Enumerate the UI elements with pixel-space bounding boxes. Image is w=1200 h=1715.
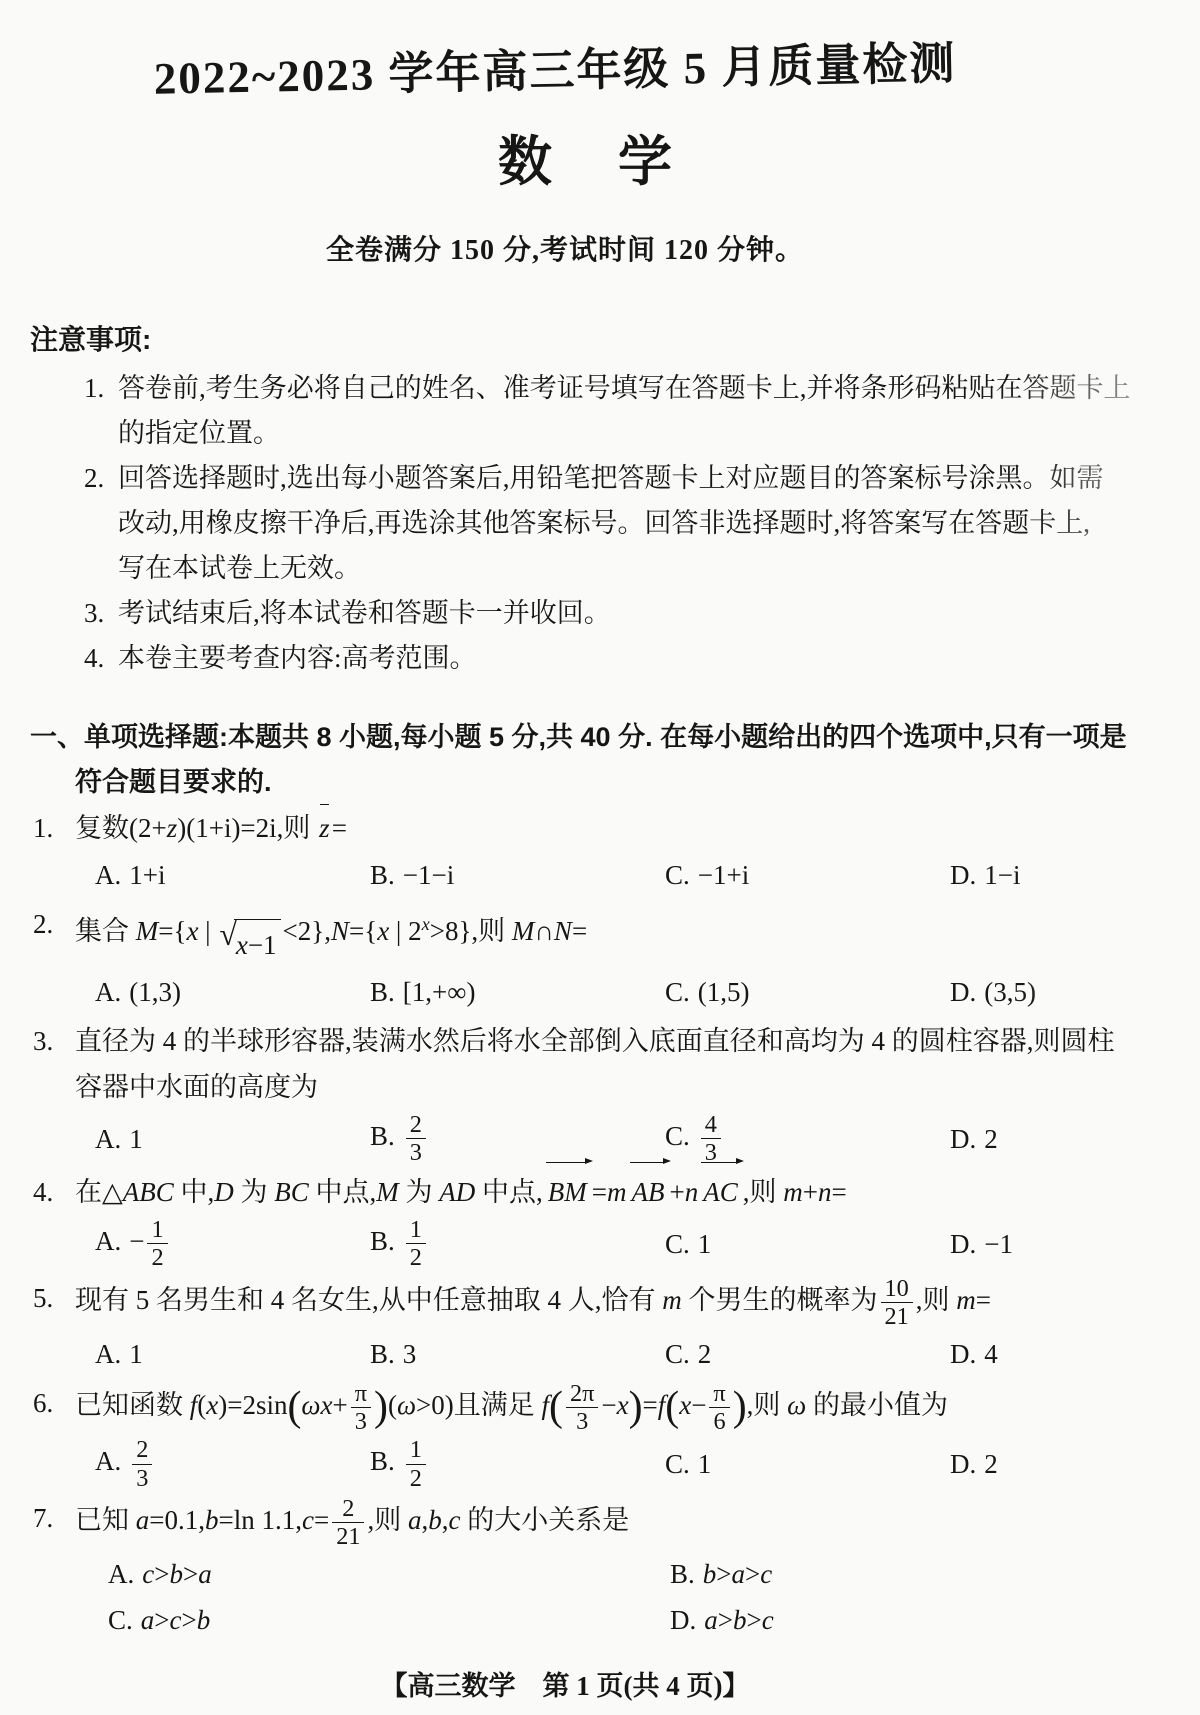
option-cell: A.1 <box>95 1331 370 1377</box>
math-text: −1−i <box>403 860 454 890</box>
math-text: ,则 <box>916 1285 957 1315</box>
fraction-numerator: 1 <box>147 1216 167 1243</box>
notice-item: 4.本卷主要考查内容:高考范围。 <box>0 636 1200 681</box>
option-value: a>b>c <box>704 1605 773 1635</box>
math-text: 的大小关系是 <box>460 1505 629 1535</box>
math-fraction: π3 <box>351 1380 371 1435</box>
option-cell: B.23 <box>370 1111 665 1166</box>
math-text: −1+i <box>698 860 749 890</box>
question-number: 6. <box>33 1380 53 1426</box>
option-value: 43 <box>698 1121 724 1151</box>
notice-item-line: 答卷前,考生务必将自己的姓名、准考证号填写在答题卡上,并将条形码粘贴在答题卡上 <box>118 366 1200 411</box>
notice-item-line: 改动,用橡皮擦干净后,再选涂其他答案标号。回答非选择题时,将答案写在答题卡上, <box>118 501 1200 546</box>
option-cell: A.1 <box>95 1116 370 1162</box>
option-label: D. <box>950 977 976 1007</box>
math-fraction: 23 <box>406 1111 426 1166</box>
math-text: ,则 <box>747 1390 788 1420</box>
math-var: M <box>512 916 535 946</box>
math-var: b <box>733 1605 747 1635</box>
option-value: b>a>c <box>703 1559 772 1589</box>
option-cell: A.−12 <box>95 1216 370 1271</box>
math-text: 集合 <box>75 916 136 946</box>
option-value: 1 <box>129 1124 143 1154</box>
option-value: (3,5) <box>984 977 1036 1007</box>
math-text: ∩ <box>534 916 554 946</box>
option-value: 2 <box>698 1339 712 1369</box>
fraction-numerator: π <box>709 1380 729 1407</box>
fraction-denominator: 3 <box>132 1464 152 1492</box>
math-text: <2}, <box>283 916 331 946</box>
notice-item-number: 2. <box>84 456 104 501</box>
notice-item-line: 回答选择题时,选出每小题答案后,用铅笔把答题卡上对应题目的答案标号涂黑。如需 <box>118 456 1200 501</box>
math-text: 2 <box>698 1339 712 1369</box>
math-text: + <box>670 1177 685 1207</box>
math-var: ωx <box>301 1390 332 1420</box>
math-var: N <box>554 916 572 946</box>
option-label: A. <box>95 977 121 1007</box>
math-var: a <box>198 1559 212 1589</box>
math-text: ,则 <box>743 1177 784 1207</box>
math-conjugate-bar: z <box>317 805 332 851</box>
math-text: − <box>601 1390 616 1420</box>
option-cell: C.1 <box>665 1441 950 1487</box>
option-label: C. <box>108 1605 133 1635</box>
math-text: (3,5) <box>984 977 1036 1007</box>
math-text: 为 <box>234 1177 275 1207</box>
math-text: > <box>745 1559 760 1589</box>
option-cell: B.3 <box>370 1331 665 1377</box>
math-text: )(1+i)=2i,则 <box>177 813 317 843</box>
math-text: 1+i <box>129 860 165 890</box>
math-text: [1,+∞) <box>403 977 476 1007</box>
math-text: > <box>718 1605 733 1635</box>
option-cell: D.a>b>c <box>670 1597 1200 1643</box>
option-label: B. <box>670 1559 695 1589</box>
option-cell: B.−1−i <box>370 852 665 898</box>
option-label: B. <box>370 1226 395 1256</box>
option-cell: D.4 <box>950 1331 1200 1377</box>
option-label: D. <box>670 1605 696 1635</box>
math-text: 1 <box>129 1124 143 1154</box>
option-cell: C.a>c>b <box>108 1597 670 1643</box>
math-text: 1 <box>129 1339 143 1369</box>
math-vector: AB <box>630 1169 667 1215</box>
math-big-paren: ) <box>629 1384 643 1430</box>
math-var: x <box>186 916 198 946</box>
math-text: = <box>643 1390 658 1420</box>
options-row: A.23B.12C.1D.2 <box>95 1436 1200 1491</box>
option-value: [1,+∞) <box>403 977 476 1007</box>
option-label: B. <box>370 1339 395 1369</box>
math-text: ( <box>388 1390 397 1420</box>
fraction-numerator: π <box>351 1380 371 1407</box>
notice-item-number: 3. <box>84 591 104 636</box>
option-label: A. <box>95 1339 121 1369</box>
math-var: ABC <box>123 1177 174 1207</box>
math-var: c <box>302 1505 314 1535</box>
option-label: C. <box>665 1121 690 1151</box>
question-stem-line: 1.复数(2+z)(1+i)=2i,则 z= <box>0 805 1200 851</box>
math-var: a <box>408 1505 422 1535</box>
option-value: 12 <box>403 1226 429 1256</box>
option-label: B. <box>370 1446 395 1476</box>
option-cell: D.1−i <box>950 852 1200 898</box>
options-row: A.1+iB.−1−iC.−1+iD.1−i <box>95 852 1200 898</box>
math-text: =0.1, <box>149 1505 205 1535</box>
math-text: 3 <box>403 1339 417 1369</box>
math-text: 容器中水面的高度为 <box>75 1072 318 1102</box>
fraction-numerator: 1 <box>406 1436 426 1463</box>
fraction-numerator: 1 <box>406 1216 426 1243</box>
question-number: 3. <box>33 1018 53 1064</box>
math-var: ω <box>787 1390 806 1420</box>
fraction-denominator: 6 <box>709 1407 729 1435</box>
option-value: c>b>a <box>142 1559 211 1589</box>
math-var: b <box>205 1505 219 1535</box>
option-value: 2 <box>984 1124 998 1154</box>
question-list: 1.复数(2+z)(1+i)=2i,则 z=A.1+iB.−1−iC.−1+iD… <box>0 805 1200 1643</box>
option-label: A. <box>95 860 121 890</box>
math-text: ,则 <box>367 1505 408 1535</box>
math-big-paren: ( <box>665 1384 679 1430</box>
math-fraction: 1021 <box>881 1275 913 1330</box>
option-cell: D.2 <box>950 1441 1200 1487</box>
option-cell: C.2 <box>665 1331 950 1377</box>
option-cell: C.1 <box>665 1221 950 1267</box>
options-row: A.1B.3C.2D.4 <box>95 1331 1200 1377</box>
question-number: 1. <box>33 805 53 851</box>
math-var: c <box>760 1559 772 1589</box>
notice-list: 1.答卷前,考生务必将自己的姓名、准考证号填写在答题卡上,并将条形码粘贴在答题卡… <box>0 366 1200 681</box>
notice-heading: 注意事项: <box>0 318 1200 358</box>
math-text: 4 <box>984 1339 998 1369</box>
question-stem-line: 3.直径为 4 的半球形容器,装满水然后将水全部倒入底面直径和高均为 4 的圆柱… <box>0 1018 1200 1064</box>
fraction-denominator: 3 <box>406 1138 426 1166</box>
question-row: 6.已知函数 f(x)=2sin(ωx+π3)(ω>0)且满足 f(2π3−x)… <box>0 1380 1200 1492</box>
math-text: 1−i <box>984 860 1020 890</box>
question-row: 3.直径为 4 的半球形容器,装满水然后将水全部倒入底面直径和高均为 4 的圆柱… <box>0 1018 1200 1166</box>
math-var: z <box>167 813 178 843</box>
math-text: | 2 <box>389 916 421 946</box>
option-label: D. <box>950 860 976 890</box>
options-row: A.1B.23C.43D.2 <box>95 1111 1200 1166</box>
option-cell: C.43 <box>665 1111 950 1166</box>
option-label: C. <box>665 860 690 890</box>
math-text: = <box>592 1177 607 1207</box>
math-fraction: π6 <box>709 1380 729 1435</box>
option-value: (1,5) <box>698 977 750 1007</box>
math-text: + <box>803 1177 818 1207</box>
math-text: = <box>314 1505 329 1535</box>
math-var: n <box>818 1177 832 1207</box>
question-stem-line: 6.已知函数 f(x)=2sin(ωx+π3)(ω>0)且满足 f(2π3−x)… <box>0 1380 1200 1435</box>
paper-header: 2022~2023 学年高三年级 5 月质量检测 数 学 全卷满分 150 分,… <box>0 34 1200 268</box>
exam-info: 全卷满分 150 分,考试时间 120 分钟。 <box>0 228 1165 268</box>
option-cell: B.b>a>c <box>670 1551 1200 1597</box>
question-number: 2. <box>33 901 53 947</box>
question-stem-line: 5.现有 5 名男生和 4 名女生,从中任意抽取 4 人,恰有 m 个男生的概率… <box>0 1275 1200 1330</box>
math-var: a <box>141 1605 155 1635</box>
page-footer: 【高三数学 第 1 页(共 4 页)】 <box>0 1664 1165 1703</box>
option-value: 3 <box>403 1339 417 1369</box>
math-var: m <box>607 1177 627 1207</box>
option-cell: B.12 <box>370 1216 665 1271</box>
fraction-numerator: 2 <box>332 1495 364 1522</box>
notice-item-line: 本卷主要考查内容:高考范围。 <box>118 636 1200 681</box>
option-cell: C.−1+i <box>665 852 950 898</box>
math-text: 中, <box>174 1177 215 1207</box>
math-text: > <box>154 1605 169 1635</box>
option-value: −1−i <box>403 860 454 890</box>
option-cell: D.(3,5) <box>950 969 1200 1015</box>
option-value: −12 <box>129 1226 170 1256</box>
math-var: m <box>956 1285 976 1315</box>
option-value: −1 <box>984 1229 1013 1259</box>
option-value: 23 <box>129 1446 155 1476</box>
option-label: D. <box>950 1229 976 1259</box>
options-row: A.(1,3)B.[1,+∞)C.(1,5)D.(3,5) <box>95 969 1200 1015</box>
math-vector: BM <box>546 1169 589 1215</box>
notice-item-number: 4. <box>84 636 104 681</box>
notice-item: 3.考试结束后,将本试卷和答题卡一并收回。 <box>0 591 1200 636</box>
math-var: x <box>679 1390 691 1420</box>
math-exponent: x <box>422 914 430 934</box>
math-text: > <box>154 1559 169 1589</box>
option-label: B. <box>370 860 395 890</box>
question-row: 1.复数(2+z)(1+i)=2i,则 z=A.1+iB.−1−iC.−1+iD… <box>0 805 1200 898</box>
math-text: =ln 1.1, <box>218 1505 301 1535</box>
math-text: (1,5) <box>698 977 750 1007</box>
notice-item: 1.答卷前,考生务必将自己的姓名、准考证号填写在答题卡上,并将条形码粘贴在答题卡… <box>0 366 1200 456</box>
fraction-denominator: 2 <box>406 1243 426 1271</box>
notice-item: 2.回答选择题时,选出每小题答案后,用铅笔把答题卡上对应题目的答案标号涂黑。如需… <box>0 456 1200 591</box>
math-text: )=2sin <box>218 1390 287 1420</box>
question-row: 5.现有 5 名男生和 4 名女生,从中任意抽取 4 人,恰有 m 个男生的概率… <box>0 1275 1200 1377</box>
math-var: m <box>662 1285 682 1315</box>
math-var: m <box>783 1177 803 1207</box>
math-text: | <box>198 916 217 946</box>
option-value: 1 <box>129 1339 143 1369</box>
math-big-paren: ) <box>733 1384 747 1430</box>
notice-item-line: 写在本试卷上无效。 <box>118 546 1200 591</box>
math-var: a <box>704 1605 718 1635</box>
notice-item-line: 的指定位置。 <box>118 411 1200 456</box>
math-big-paren: ) <box>374 1384 388 1430</box>
math-var: b <box>169 1559 183 1589</box>
fraction-numerator: 2 <box>132 1436 152 1463</box>
option-cell: A.23 <box>95 1436 370 1491</box>
math-text: = <box>976 1285 991 1315</box>
math-var: x <box>617 1390 629 1420</box>
math-fraction: 2π3 <box>566 1380 598 1435</box>
math-text: >0)且满足 <box>416 1390 541 1420</box>
fraction-denominator: 2 <box>147 1243 167 1271</box>
exam-paper-page: 2022~2023 学年高三年级 5 月质量检测 数 学 全卷满分 150 分,… <box>0 0 1200 1715</box>
math-var: c <box>142 1559 154 1589</box>
question-stem-line: 4.在△ABC 中,D 为 BC 中点,M 为 AD 中点,BM=mAB+nAC… <box>0 1169 1200 1215</box>
option-label: C. <box>665 1229 690 1259</box>
math-var: x <box>206 1390 218 1420</box>
math-text: > <box>181 1605 196 1635</box>
math-var: c <box>448 1505 460 1535</box>
math-text: 中点, <box>309 1177 377 1207</box>
math-text: 复数(2+ <box>75 813 167 843</box>
math-var: c <box>762 1605 774 1635</box>
math-text: >8},则 <box>430 916 512 946</box>
fraction-numerator: 4 <box>701 1111 721 1138</box>
math-var: BC <box>274 1177 309 1207</box>
option-label: A. <box>95 1124 121 1154</box>
fraction-numerator: 2π <box>566 1380 598 1407</box>
fraction-denominator: 21 <box>881 1302 913 1330</box>
option-label: A. <box>95 1446 121 1476</box>
fraction-denominator: 3 <box>351 1407 371 1435</box>
notice-item-line: 考试结束后,将本试卷和答题卡一并收回。 <box>118 591 1200 636</box>
question-stem-line: 7.已知 a=0.1,b=ln 1.1,c=221,则 a,b,c 的大小关系是 <box>0 1495 1200 1550</box>
math-text: − <box>691 1390 706 1420</box>
math-var: AD <box>439 1177 475 1207</box>
math-var: D <box>214 1177 234 1207</box>
option-value: 23 <box>403 1121 429 1151</box>
question-row: 2.集合 M={x | √x−1<2},N={x | 2x>8},则 M∩N=A… <box>0 901 1200 1015</box>
radical-sign: √ <box>219 919 237 951</box>
section-heading: 一、单项选择题:本题共 8 小题,每小题 5 分,共 40 分. 在每小题给出的… <box>0 715 1200 805</box>
option-value: (1,3) <box>129 977 181 1007</box>
option-value: −1+i <box>698 860 749 890</box>
math-var: M <box>376 1177 399 1207</box>
math-text: −1 <box>984 1229 1013 1259</box>
option-cell: B.[1,+∞) <box>370 969 665 1015</box>
option-cell: C.(1,5) <box>665 969 950 1015</box>
math-text: 已知 <box>75 1505 136 1535</box>
math-text: 2 <box>984 1124 998 1154</box>
math-text: − <box>129 1226 144 1256</box>
math-fraction: 12 <box>406 1216 426 1271</box>
option-label: B. <box>370 977 395 1007</box>
option-cell: A.(1,3) <box>95 969 370 1015</box>
options-row: A.c>b>aB.b>a>cC.a>c>bD.a>b>c <box>108 1551 1200 1643</box>
option-label: C. <box>665 977 690 1007</box>
section-heading-line1: 一、单项选择题:本题共 8 小题,每小题 5 分,共 40 分. 在每小题给出的… <box>0 715 1200 760</box>
math-text: −1 <box>248 930 277 960</box>
math-text: > <box>746 1605 761 1635</box>
question-number: 7. <box>33 1495 53 1541</box>
math-text: 的最小值为 <box>806 1390 948 1420</box>
option-value: 1+i <box>129 860 165 890</box>
math-text: 已知函数 <box>75 1390 190 1420</box>
math-text: 1 <box>698 1449 712 1479</box>
question-row: 4.在△ABC 中,D 为 BC 中点,M 为 AD 中点,BM=mAB+nAC… <box>0 1169 1200 1271</box>
math-text: = <box>831 1177 846 1207</box>
math-sqrt: √x−1 <box>219 919 280 968</box>
math-var: b <box>428 1505 442 1535</box>
option-label: B. <box>370 1121 395 1151</box>
option-value: 1 <box>698 1449 712 1479</box>
question-stem-line: 2.集合 M={x | √x−1<2},N={x | 2x>8},则 M∩N= <box>0 901 1200 968</box>
option-label: D. <box>950 1449 976 1479</box>
math-var: ω <box>397 1390 416 1420</box>
option-label: C. <box>665 1449 690 1479</box>
math-text: 现有 5 名男生和 4 名女生,从中任意抽取 4 人,恰有 <box>75 1285 662 1315</box>
math-fraction: 12 <box>406 1436 426 1491</box>
fraction-denominator: 2 <box>406 1464 426 1492</box>
exam-title: 2022~2023 学年高三年级 5 月质量检测 <box>0 22 1156 110</box>
option-value: a>c>b <box>141 1605 210 1635</box>
math-var: x <box>236 930 248 960</box>
math-text: ( <box>197 1390 206 1420</box>
fraction-denominator: 21 <box>332 1522 364 1550</box>
math-text: ={ <box>349 916 377 946</box>
option-cell: A.c>b>a <box>108 1551 670 1597</box>
fraction-numerator: 2 <box>406 1111 426 1138</box>
option-label: C. <box>665 1339 690 1369</box>
fraction-numerator: 10 <box>881 1275 913 1302</box>
math-text: ={ <box>158 916 186 946</box>
subject-title: 数 学 <box>0 119 1188 196</box>
math-vector: AC <box>701 1169 740 1215</box>
math-text: 个男生的概率为 <box>682 1285 878 1315</box>
math-fraction: 43 <box>701 1111 721 1166</box>
math-text: (1,3) <box>129 977 181 1007</box>
option-value: 1−i <box>984 860 1020 890</box>
math-text: = <box>332 813 347 843</box>
option-label: A. <box>108 1559 134 1589</box>
option-cell: A.1+i <box>95 852 370 898</box>
math-var: a <box>732 1559 746 1589</box>
option-value: 2 <box>984 1449 998 1479</box>
math-var: a <box>136 1505 150 1535</box>
question-stem-line: 容器中水面的高度为 <box>0 1064 1200 1110</box>
radicand: x−1 <box>234 919 281 968</box>
math-text: 直径为 4 的半球形容器,装满水然后将水全部倒入底面直径和高均为 4 的圆柱容器… <box>75 1026 1115 1056</box>
math-fraction: 12 <box>147 1216 167 1271</box>
option-value: 12 <box>403 1446 429 1476</box>
math-var: M <box>136 916 159 946</box>
option-cell: B.12 <box>370 1436 665 1491</box>
math-var: b <box>197 1605 211 1635</box>
option-value: 1 <box>698 1229 712 1259</box>
section-heading-line2: 符合题目要求的. <box>0 760 1200 805</box>
options-row: A.−12B.12C.1D.−1 <box>95 1216 1200 1271</box>
math-fraction: 221 <box>332 1495 364 1550</box>
math-text: > <box>183 1559 198 1589</box>
option-label: D. <box>950 1124 976 1154</box>
question-number: 4. <box>33 1169 53 1215</box>
math-var: N <box>331 916 349 946</box>
math-var: b <box>703 1559 717 1589</box>
math-text: 在△ <box>75 1177 123 1207</box>
math-big-paren: ( <box>287 1384 301 1430</box>
math-var: x <box>377 916 389 946</box>
math-var: f <box>541 1390 549 1420</box>
math-text: 中点, <box>475 1177 543 1207</box>
math-text: 为 <box>399 1177 440 1207</box>
option-cell: D.2 <box>950 1116 1200 1162</box>
question-row: 7.已知 a=0.1,b=ln 1.1,c=221,则 a,b,c 的大小关系是… <box>0 1495 1200 1643</box>
option-cell: D.−1 <box>950 1221 1200 1267</box>
option-label: A. <box>95 1226 121 1256</box>
math-text: 1 <box>698 1229 712 1259</box>
math-fraction: 23 <box>132 1436 152 1491</box>
option-label: D. <box>950 1339 976 1369</box>
option-value: 4 <box>984 1339 998 1369</box>
math-text: + <box>332 1390 347 1420</box>
math-big-paren: ( <box>549 1384 563 1430</box>
math-var: n <box>685 1177 699 1207</box>
math-text: = <box>572 916 587 946</box>
question-number: 5. <box>33 1275 53 1321</box>
fraction-denominator: 3 <box>566 1407 598 1435</box>
